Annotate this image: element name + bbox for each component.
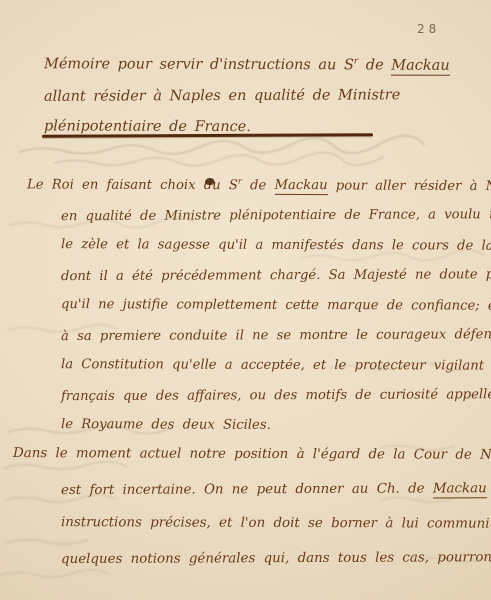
manuscript-line: qu'il ne justifie complettement cette ma…: [61, 290, 491, 322]
manuscript-line: instructions précises, et l'on doit se b…: [61, 506, 491, 542]
manuscript-line: Dans le moment actuel notre position à l…: [13, 437, 491, 473]
text-segment: qu'il ne justifie complettement cette ma…: [61, 297, 491, 314]
manuscript-content: 28 Mémoire pour servir d'instructions au…: [0, 0, 491, 600]
manuscript-line: quelques notions générales qui, dans tou…: [61, 540, 491, 577]
manuscript-line: dont il a été précédemment chargé. Sa Ma…: [61, 260, 491, 292]
page-number: 28: [417, 22, 440, 36]
text-segment: instructions précises, et l'on doit se b…: [61, 515, 491, 532]
manuscript-line: le zèle et la sagesse qu'il a manifestés…: [61, 230, 491, 262]
manuscript-line: en qualité de Ministre plénipotentiaire …: [61, 200, 491, 232]
underlined-name: Mackau: [433, 481, 487, 498]
text-segment: dont il a été précédemment chargé. Sa Ma…: [61, 268, 491, 285]
manuscript-line: allant résider à Naples en qualité de Mi…: [44, 80, 404, 113]
paragraph-1: Le Roi en faisant choix du Sr de Mackau …: [27, 166, 491, 441]
text-segment: plénipotentiaire de France.: [44, 118, 251, 135]
paragraph-2: Dans le moment actuel notre position à l…: [13, 438, 491, 576]
text-segment: le zèle et la sagesse qu'il a manifestés…: [61, 237, 491, 254]
manuscript-page: 28 Mémoire pour servir d'instructions au…: [0, 0, 491, 600]
text-segment: quelques notions générales qui, dans tou…: [61, 549, 491, 566]
text-segment: Dans le moment actuel notre position à l…: [13, 446, 491, 463]
text-segment: allant résider à Naples en qualité de Mi…: [44, 87, 400, 105]
manuscript-line: à sa premiere conduite il ne se montre l…: [61, 320, 491, 352]
text-segment: Mémoire pour servir d'instructions au S: [44, 56, 354, 73]
manuscript-line: français que des affaires, ou des motifs…: [61, 380, 491, 412]
text-segment: en qualité de Ministre plénipotentiaire …: [61, 207, 491, 224]
text-segment: à sa premiere conduite il ne se montre l…: [61, 327, 491, 344]
manuscript-line: plénipotentiaire de France.: [44, 111, 404, 143]
manuscript-line: est fort incertaine. On ne peut donner a…: [61, 471, 491, 508]
text-segment: est fort incertaine. On ne peut donner a…: [61, 481, 433, 498]
manuscript-line: la Constitution qu'elle a acceptée, et l…: [61, 350, 491, 382]
text-segment: des: [487, 481, 491, 496]
text-segment: de: [358, 57, 391, 73]
title-block: Mémoire pour servir d'instructions au Sr…: [44, 46, 404, 143]
underlined-name: Mackau: [274, 178, 327, 195]
text-segment: pour aller résider à Naples: [328, 178, 491, 194]
underlined-name: Mackau: [391, 57, 449, 75]
text-segment: la Constitution qu'elle a acceptée, et l…: [61, 357, 491, 374]
text-segment: le Royaume des deux Siciles.: [61, 417, 271, 433]
manuscript-line: Mémoire pour servir d'instructions au Sr…: [44, 45, 404, 81]
manuscript-line: Le Roi en faisant choix du Sr de Mackau …: [27, 165, 491, 202]
text-segment: français que des affaires, ou des motifs…: [61, 387, 491, 404]
text-segment: de: [242, 178, 275, 193]
